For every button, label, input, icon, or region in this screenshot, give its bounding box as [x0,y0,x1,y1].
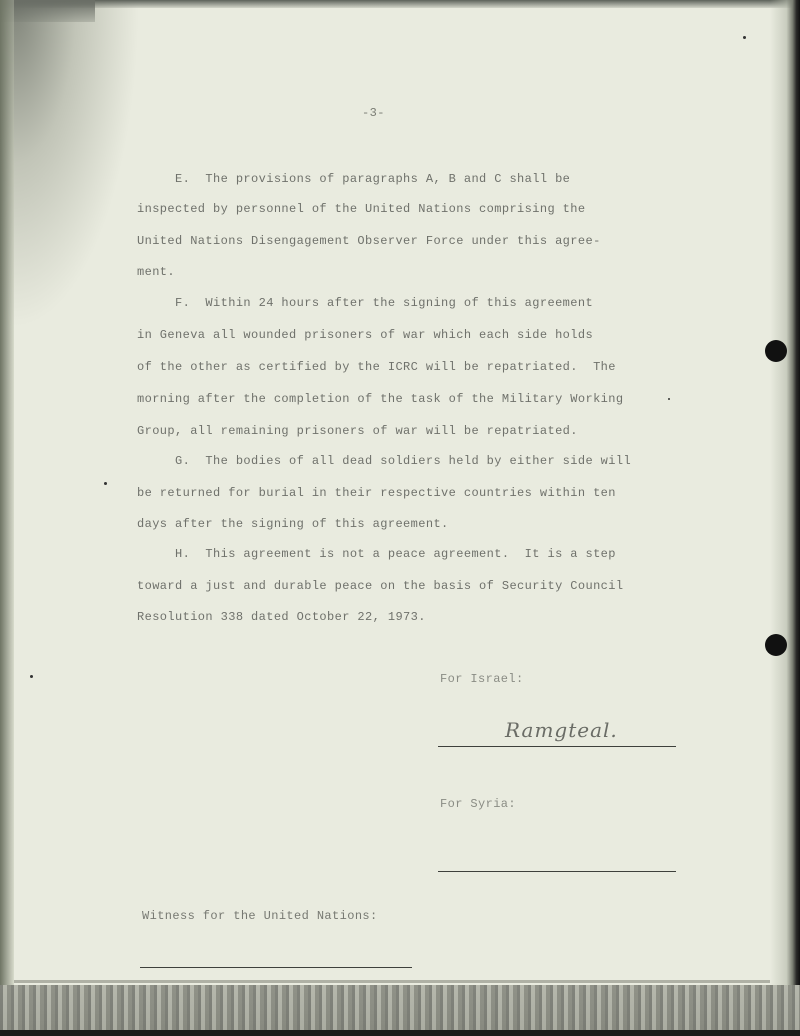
paragraph-line: be returned for burial in their respecti… [137,485,616,501]
page-number: -3- [362,106,385,120]
signature-label-syria: For Syria: [440,797,516,811]
paragraph-line: Group, all remaining prisoners of war wi… [137,423,578,439]
paragraph-line: of the other as certified by the ICRC wi… [137,359,616,375]
signature-line-syria [438,871,676,873]
paragraph-line: G. The bodies of all dead soldiers held … [137,453,631,469]
signature-label-un-witness: Witness for the United Nations: [142,909,378,923]
paragraph-line: in Geneva all wounded prisoners of war w… [137,327,593,343]
paragraph-line: morning after the completion of the task… [137,391,623,407]
paragraph-line: E. The provisions of paragraphs A, B and… [137,171,570,187]
paragraph-line: days after the signing of this agreement… [137,516,449,532]
paragraph-line: H. This agreement is not a peace agreeme… [137,546,616,562]
paragraph-line: inspected by personnel of the United Nat… [137,201,585,217]
paragraph-line: United Nations Disengagement Observer Fo… [137,233,601,249]
signature-line-israel [438,746,676,748]
document: -3- E. The provisions of paragraphs A, B… [0,0,800,1036]
paragraph-line: F. Within 24 hours after the signing of … [137,295,593,311]
signature-label-israel: For Israel: [440,672,524,686]
handwritten-signature-israel: Ramgteal. [505,718,618,742]
paragraph-line: ment. [137,264,175,280]
paragraph-line: toward a just and durable peace on the b… [137,578,623,594]
paragraph-line: Resolution 338 dated October 22, 1973. [137,609,426,625]
signature-line-un-witness [140,967,412,969]
